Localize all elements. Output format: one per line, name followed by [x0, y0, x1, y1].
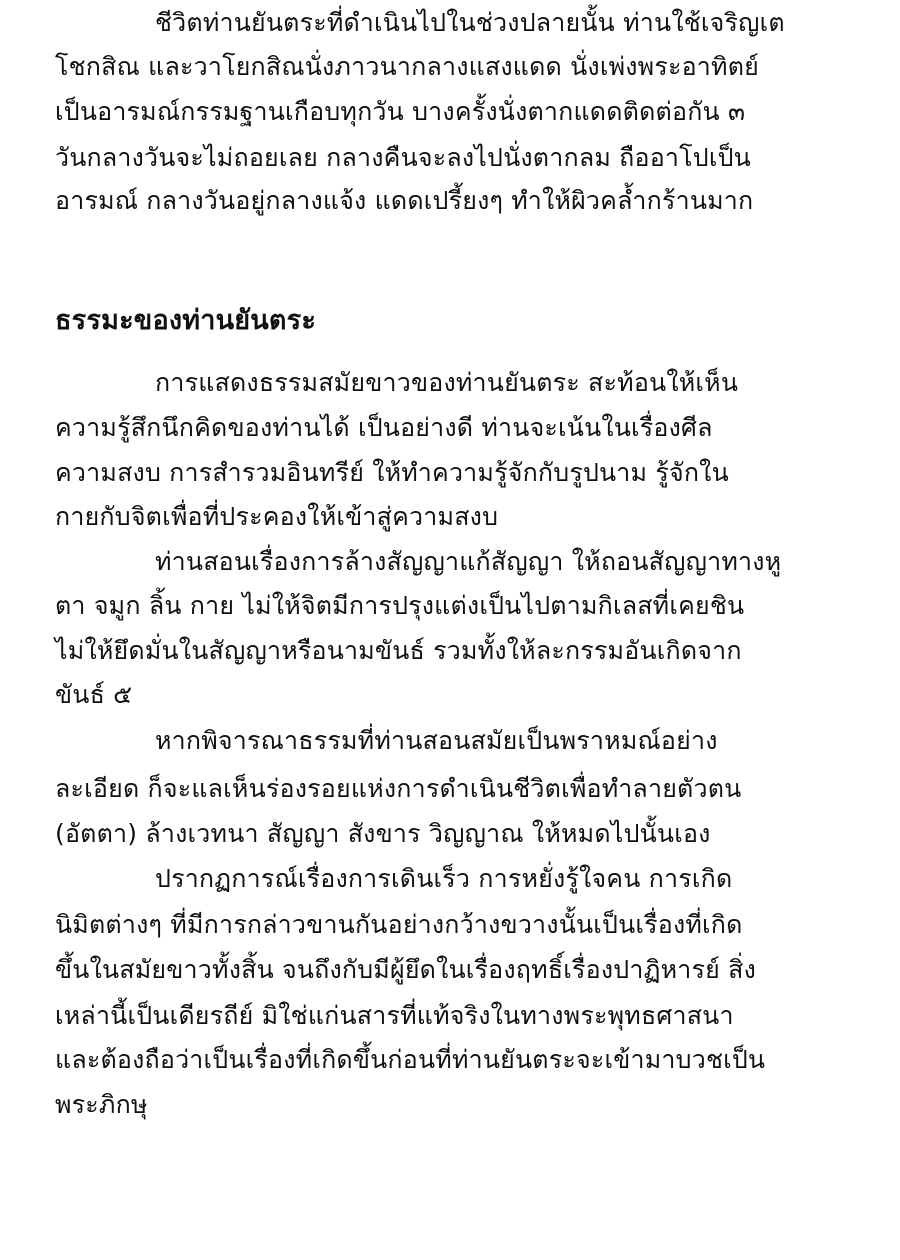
- text-line: ไม่ให้ยึดมั่นในสัญญาหรือนามขันธ์ รวมทั้ง…: [55, 634, 742, 668]
- text-line: ตา จมูก ลิ้น กาย ไม่ให้จิตมีการปรุงแต่งเ…: [55, 589, 744, 623]
- text-line: หากพิจารณาธรรมที่ท่านสอนสมัยเป็นพราหมณ์อ…: [155, 724, 718, 758]
- text-line: เป็นอารมณ์กรรมฐานเกือบทุกวัน บางครั้งนั่…: [55, 95, 745, 129]
- text-line: ละเอียด ก็จะแลเห็นร่องรอยแห่งการดำเนินชี…: [55, 772, 741, 806]
- text-line: ความรู้สึกนึกคิดของท่านได้ เป็นอย่างดี ท…: [55, 411, 713, 445]
- text-line: ความสงบ การสำรวมอินทรีย์ ให้ทำความรู้จัก…: [55, 456, 729, 490]
- text-line: และต้องถือว่าเป็นเรื่องที่เกิดขึ้นก่อนที…: [55, 1043, 765, 1077]
- text-line: พระภิกษุ: [55, 1088, 148, 1122]
- text-line: วันกลางวันจะไม่ถอยเลย กลางคืนจะลงไปนั่งต…: [55, 141, 751, 175]
- text-line: (อัตตา) ล้างเวทนา สัญญา สังขาร วิญญาณ ให…: [55, 817, 711, 851]
- text-line: ขึ้นในสมัยขาวทั้งสิ้น จนถึงกับมีผู้ยึดใน…: [55, 953, 756, 987]
- section-heading: ธรรมะของท่านยันตระ: [55, 304, 316, 338]
- text-line: ขันธ์ ๕: [55, 678, 132, 712]
- text-line: การแสดงธรรมสมัยขาวของท่านยันตระ สะท้อนให…: [155, 366, 738, 400]
- text-line: กายกับจิตเพื่อที่ประคองให้เข้าสู่ความสงบ: [55, 500, 498, 534]
- text-line: นิมิตต่างๆ ที่มีการกล่าวขานกันอย่างกว้าง…: [55, 908, 743, 942]
- text-line: โชกสิณ และวาโยกสิณนั่งภาวนากลางแสงแดด นั…: [55, 50, 759, 84]
- text-line: ปรากฏการณ์เรื่องการเดินเร็ว การหยั่งรู้ใ…: [155, 862, 732, 896]
- text-line: ชีวิตท่านยันตระที่ดำเนินไปในช่วงปลายนั้น…: [155, 6, 785, 40]
- text-line: อารมณ์ กลางวันอยู่กลางแจ้ง แดดเปรี้ยงๆ ท…: [55, 184, 753, 218]
- text-line: ท่านสอนเรื่องการล้างสัญญาแก้สัญญา ให้ถอน…: [155, 545, 781, 579]
- text-line: เหล่านี้เป็นเดียรถีย์ มิใช่แก่นสารที่แท้…: [55, 999, 734, 1033]
